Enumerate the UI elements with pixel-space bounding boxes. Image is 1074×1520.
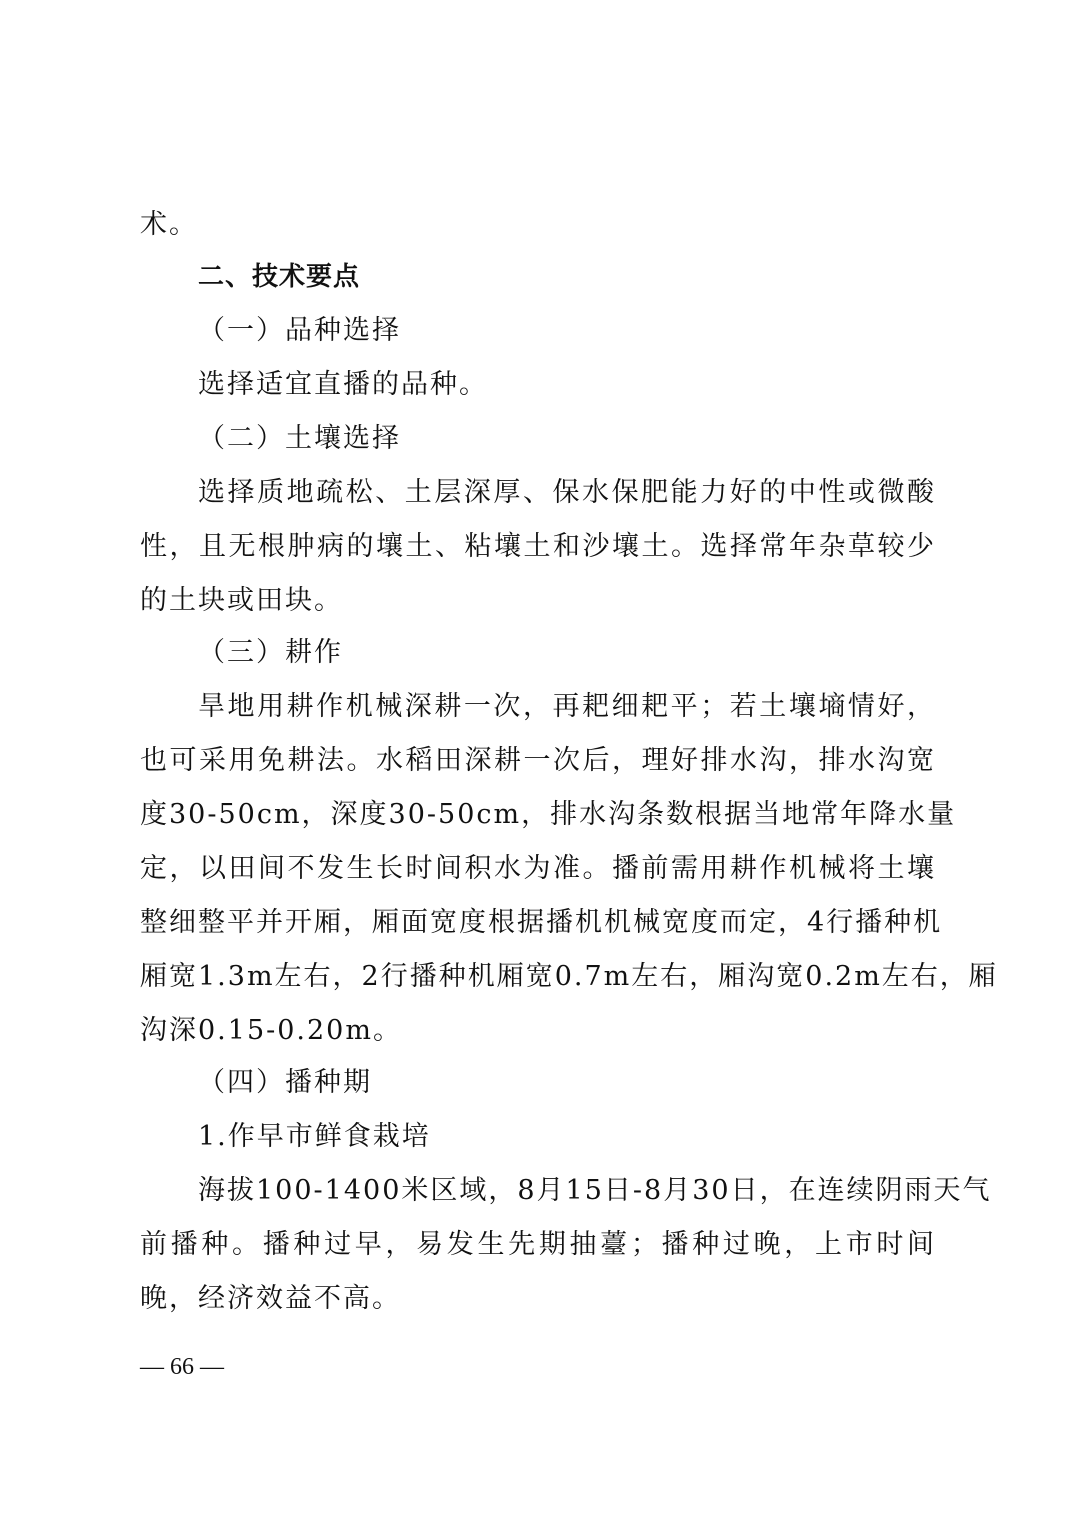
paragraph-line: 沟深0.15-0.20m。 [140, 1013, 936, 1049]
page-number: — 66 — [140, 1352, 224, 1382]
paragraph-line: 选择适宜直播的品种。 [198, 367, 936, 403]
paragraph-line: 性，且无根肿病的壤土、粘壤土和沙壤土。选择常年杂草较少 [140, 529, 936, 565]
paragraph-line: 定，以田间不发生长时间积水为准。播前需用耕作机械将土壤 [140, 851, 936, 887]
paragraph-line: 也可采用免耕法。水稻田深耕一次后，理好排水沟，排水沟宽 [140, 743, 936, 779]
subsection-title-variety: （一）品种选择 [198, 313, 936, 349]
paragraph-line: 整细整平并开厢，厢面宽度根据播机机械宽度而定，4行播种机 [140, 905, 936, 941]
paragraph-line: 晚，经济效益不高。 [140, 1281, 936, 1317]
paragraph-line: 旱地用耕作机械深耕一次，再耙细耙平；若土壤墒情好， [198, 689, 936, 725]
paragraph-line: 前播种。播种过早，易发生先期抽薹；播种过晚，上市时间 [140, 1227, 936, 1263]
paragraph-line: 的土块或田块。 [140, 583, 936, 619]
subsection-title-sowing-period: （四）播种期 [198, 1065, 936, 1101]
paragraph-line: 厢宽1.3m左右，2行播种机厢宽0.7m左右，厢沟宽0.2m左右，厢 [140, 959, 936, 995]
subsection-title-tillage: （三）耕作 [198, 635, 936, 671]
continuation-text: 术。 [140, 207, 936, 243]
subsection-title-soil: （二）土壤选择 [198, 421, 936, 457]
paragraph-line: 选择质地疏松、土层深厚、保水保肥能力好的中性或微酸 [198, 475, 936, 511]
paragraph-line: 海拔100-1400米区域，8月15日-8月30日，在连续阴雨天气 [198, 1173, 936, 1209]
item-title: 1.作早市鲜食栽培 [198, 1119, 936, 1155]
paragraph-line: 度30-50cm，深度30-50cm，排水沟条数根据当地常年降水量 [140, 797, 936, 833]
section-heading: 二、技术要点 [198, 259, 936, 295]
